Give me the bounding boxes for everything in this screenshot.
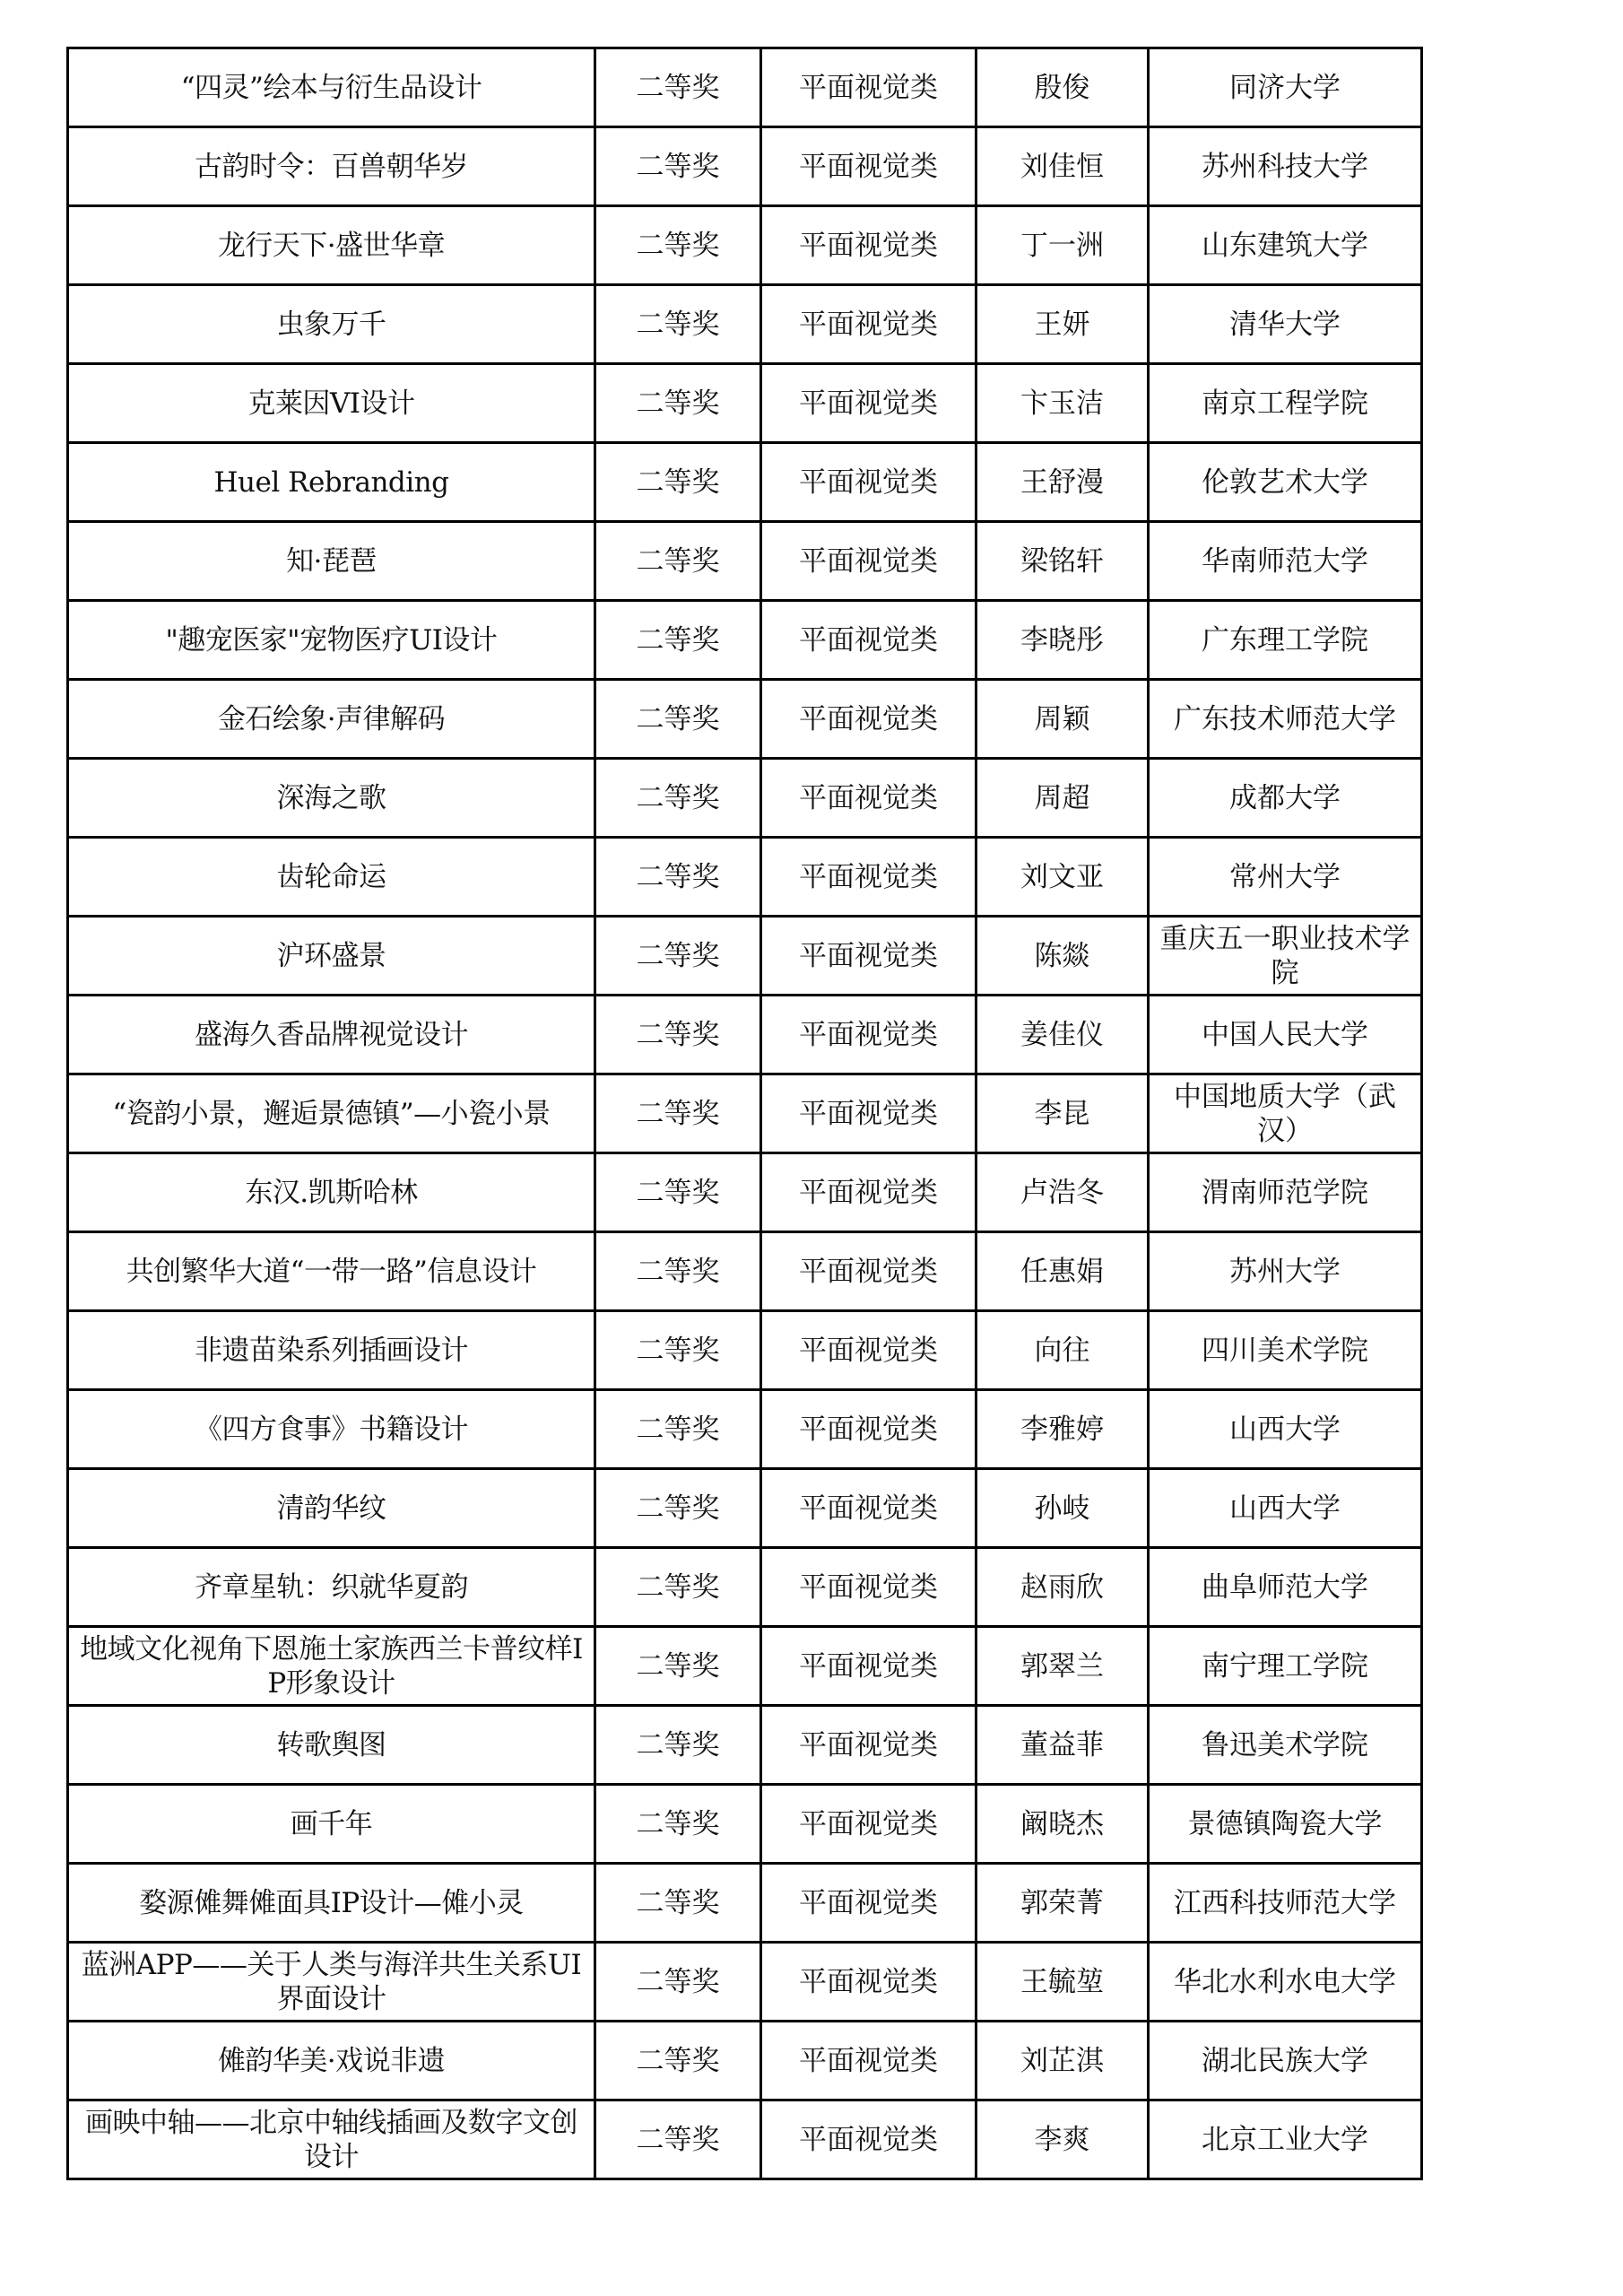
author-cell: 殷俊 [976,48,1149,127]
school-cell: 江西科技师范大学 [1149,1864,1422,1943]
table-row: 《四方食事》书籍设计二等奖平面视觉类李雅婷山西大学 [68,1390,1422,1469]
table-row: “瓷韵小景，邂逅景德镇”—小瓷小景二等奖平面视觉类李昆中国地质大学（武汉） [68,1074,1422,1153]
school-cell: 华南师范大学 [1149,522,1422,601]
table-row: 蓝洲APP——关于人类与海洋共生关系UI界面设计二等奖平面视觉类王毓堃华北水利水… [68,1943,1422,2022]
category-cell: 平面视觉类 [761,1627,976,1706]
school-cell: 成都大学 [1149,759,1422,838]
work-title-cell: 沪环盛景 [68,917,595,996]
award-level-cell: 二等奖 [595,1153,761,1232]
author-cell: 李昆 [976,1074,1149,1153]
table-row: 东汉.凯斯哈林二等奖平面视觉类卢浩冬渭南师范学院 [68,1153,1422,1232]
school-cell: 山西大学 [1149,1469,1422,1548]
category-cell: 平面视觉类 [761,1232,976,1311]
school-cell: 南宁理工学院 [1149,1627,1422,1706]
award-level-cell: 二等奖 [595,1943,761,2022]
work-title-cell: Huel Rebranding [68,443,595,522]
author-cell: 王妍 [976,285,1149,364]
category-cell: 平面视觉类 [761,1153,976,1232]
table-row: 沪环盛景二等奖平面视觉类陈燚重庆五一职业技术学院 [68,917,1422,996]
document-page: “四灵”绘本与衍生品设计二等奖平面视觉类殷俊同济大学古韵时令：百兽朝华岁二等奖平… [0,0,1623,2296]
author-cell: 李雅婷 [976,1390,1149,1469]
table-row: 盛海久香品牌视觉设计二等奖平面视觉类姜佳仪中国人民大学 [68,996,1422,1074]
school-cell: 曲阜师范大学 [1149,1548,1422,1627]
school-cell: 广东理工学院 [1149,601,1422,680]
school-cell: 中国人民大学 [1149,996,1422,1074]
table-row: 克莱因VI设计二等奖平面视觉类卞玉洁南京工程学院 [68,364,1422,443]
work-title-cell: 克莱因VI设计 [68,364,595,443]
award-level-cell: 二等奖 [595,680,761,759]
category-cell: 平面视觉类 [761,996,976,1074]
school-cell: 山东建筑大学 [1149,206,1422,285]
category-cell: 平面视觉类 [761,1548,976,1627]
table-row: “四灵”绘本与衍生品设计二等奖平面视觉类殷俊同济大学 [68,48,1422,127]
work-title-cell: 古韵时令：百兽朝华岁 [68,127,595,206]
award-level-cell: 二等奖 [595,1864,761,1943]
school-cell: 同济大学 [1149,48,1422,127]
table-row: 齐章星轨：织就华夏韵二等奖平面视觉类赵雨欣曲阜师范大学 [68,1548,1422,1627]
author-cell: 李爽 [976,2100,1149,2179]
award-level-cell: 二等奖 [595,443,761,522]
table-row: 知·琵琶二等奖平面视觉类梁铭轩华南师范大学 [68,522,1422,601]
work-title-cell: 龙行天下·盛世华章 [68,206,595,285]
work-title-cell: 东汉.凯斯哈林 [68,1153,595,1232]
author-cell: 董益菲 [976,1706,1149,1785]
category-cell: 平面视觉类 [761,1943,976,2022]
school-cell: 山西大学 [1149,1390,1422,1469]
award-level-cell: 二等奖 [595,1785,761,1864]
author-cell: 向往 [976,1311,1149,1390]
category-cell: 平面视觉类 [761,1390,976,1469]
award-level-cell: 二等奖 [595,759,761,838]
category-cell: 平面视觉类 [761,285,976,364]
category-cell: 平面视觉类 [761,917,976,996]
work-title-cell: “瓷韵小景，邂逅景德镇”—小瓷小景 [68,1074,595,1153]
table-row: "趣宠医家"宠物医疗UI设计二等奖平面视觉类李晓彤广东理工学院 [68,601,1422,680]
category-cell: 平面视觉类 [761,838,976,917]
author-cell: 刘文亚 [976,838,1149,917]
category-cell: 平面视觉类 [761,759,976,838]
award-level-cell: 二等奖 [595,1627,761,1706]
category-cell: 平面视觉类 [761,2022,976,2100]
author-cell: 阚晓杰 [976,1785,1149,1864]
award-level-cell: 二等奖 [595,1469,761,1548]
category-cell: 平面视觉类 [761,127,976,206]
award-level-cell: 二等奖 [595,127,761,206]
awards-table-body: “四灵”绘本与衍生品设计二等奖平面视觉类殷俊同济大学古韵时令：百兽朝华岁二等奖平… [68,48,1422,2179]
award-level-cell: 二等奖 [595,522,761,601]
category-cell: 平面视觉类 [761,1311,976,1390]
category-cell: 平面视觉类 [761,206,976,285]
author-cell: 梁铭轩 [976,522,1149,601]
award-level-cell: 二等奖 [595,1390,761,1469]
author-cell: 刘佳恒 [976,127,1149,206]
table-row: 非遗苗染系列插画设计二等奖平面视觉类向往四川美术学院 [68,1311,1422,1390]
award-level-cell: 二等奖 [595,1311,761,1390]
work-title-cell: 《四方食事》书籍设计 [68,1390,595,1469]
category-cell: 平面视觉类 [761,1864,976,1943]
school-cell: 南京工程学院 [1149,364,1422,443]
award-level-cell: 二等奖 [595,2022,761,2100]
school-cell: 苏州大学 [1149,1232,1422,1311]
award-level-cell: 二等奖 [595,1074,761,1153]
table-row: 金石绘象·声律解码二等奖平面视觉类周颖广东技术师范大学 [68,680,1422,759]
table-row: Huel Rebranding二等奖平面视觉类王舒漫伦敦艺术大学 [68,443,1422,522]
award-level-cell: 二等奖 [595,48,761,127]
category-cell: 平面视觉类 [761,601,976,680]
author-cell: 郭翠兰 [976,1627,1149,1706]
table-row: 地域文化视角下恩施土家族西兰卡普纹样IP形象设计二等奖平面视觉类郭翠兰南宁理工学… [68,1627,1422,1706]
awards-table: “四灵”绘本与衍生品设计二等奖平面视觉类殷俊同济大学古韵时令：百兽朝华岁二等奖平… [66,47,1423,2180]
school-cell: 常州大学 [1149,838,1422,917]
category-cell: 平面视觉类 [761,1469,976,1548]
school-cell: 清华大学 [1149,285,1422,364]
award-level-cell: 二等奖 [595,2100,761,2179]
author-cell: 刘芷淇 [976,2022,1149,2100]
work-title-cell: 盛海久香品牌视觉设计 [68,996,595,1074]
school-cell: 重庆五一职业技术学院 [1149,917,1422,996]
work-title-cell: 画千年 [68,1785,595,1864]
category-cell: 平面视觉类 [761,2100,976,2179]
author-cell: 李晓彤 [976,601,1149,680]
author-cell: 任惠娟 [976,1232,1149,1311]
award-level-cell: 二等奖 [595,285,761,364]
table-row: 清韵华纹二等奖平面视觉类孙岐山西大学 [68,1469,1422,1548]
school-cell: 鲁迅美术学院 [1149,1706,1422,1785]
school-cell: 苏州科技大学 [1149,127,1422,206]
table-row: 傩韵华美·戏说非遗二等奖平面视觉类刘芷淇湖北民族大学 [68,2022,1422,2100]
work-title-cell: 共创繁华大道“一带一路”信息设计 [68,1232,595,1311]
work-title-cell: 虫象万千 [68,285,595,364]
work-title-cell: 转歌舆图 [68,1706,595,1785]
author-cell: 卞玉洁 [976,364,1149,443]
school-cell: 景德镇陶瓷大学 [1149,1785,1422,1864]
table-row: 龙行天下·盛世华章二等奖平面视觉类丁一洲山东建筑大学 [68,206,1422,285]
category-cell: 平面视觉类 [761,364,976,443]
award-level-cell: 二等奖 [595,601,761,680]
work-title-cell: 金石绘象·声律解码 [68,680,595,759]
category-cell: 平面视觉类 [761,48,976,127]
award-level-cell: 二等奖 [595,996,761,1074]
author-cell: 卢浩冬 [976,1153,1149,1232]
work-title-cell: “四灵”绘本与衍生品设计 [68,48,595,127]
work-title-cell: 傩韵华美·戏说非遗 [68,2022,595,2100]
author-cell: 姜佳仪 [976,996,1149,1074]
category-cell: 平面视觉类 [761,1706,976,1785]
table-row: 深海之歌二等奖平面视觉类周超成都大学 [68,759,1422,838]
table-row: 虫象万千二等奖平面视觉类王妍清华大学 [68,285,1422,364]
work-title-cell: "趣宠医家"宠物医疗UI设计 [68,601,595,680]
school-cell: 广东技术师范大学 [1149,680,1422,759]
work-title-cell: 齐章星轨：织就华夏韵 [68,1548,595,1627]
award-level-cell: 二等奖 [595,364,761,443]
author-cell: 王舒漫 [976,443,1149,522]
award-level-cell: 二等奖 [595,838,761,917]
table-row: 齿轮命运二等奖平面视觉类刘文亚常州大学 [68,838,1422,917]
school-cell: 北京工业大学 [1149,2100,1422,2179]
category-cell: 平面视觉类 [761,1074,976,1153]
category-cell: 平面视觉类 [761,680,976,759]
award-level-cell: 二等奖 [595,206,761,285]
author-cell: 孙岐 [976,1469,1149,1548]
category-cell: 平面视觉类 [761,443,976,522]
category-cell: 平面视觉类 [761,522,976,601]
author-cell: 周超 [976,759,1149,838]
table-row: 婺源傩舞傩面具IP设计—傩小灵二等奖平面视觉类郭荣菁江西科技师范大学 [68,1864,1422,1943]
award-level-cell: 二等奖 [595,917,761,996]
category-cell: 平面视觉类 [761,1785,976,1864]
school-cell: 伦敦艺术大学 [1149,443,1422,522]
school-cell: 华北水利水电大学 [1149,1943,1422,2022]
school-cell: 渭南师范学院 [1149,1153,1422,1232]
award-level-cell: 二等奖 [595,1548,761,1627]
author-cell: 郭荣菁 [976,1864,1149,1943]
table-row: 共创繁华大道“一带一路”信息设计二等奖平面视觉类任惠娟苏州大学 [68,1232,1422,1311]
work-title-cell: 非遗苗染系列插画设计 [68,1311,595,1390]
work-title-cell: 地域文化视角下恩施土家族西兰卡普纹样IP形象设计 [68,1627,595,1706]
work-title-cell: 婺源傩舞傩面具IP设计—傩小灵 [68,1864,595,1943]
author-cell: 王毓堃 [976,1943,1149,2022]
author-cell: 丁一洲 [976,206,1149,285]
work-title-cell: 画映中轴——北京中轴线插画及数字文创设计 [68,2100,595,2179]
work-title-cell: 知·琵琶 [68,522,595,601]
table-row: 古韵时令：百兽朝华岁二等奖平面视觉类刘佳恒苏州科技大学 [68,127,1422,206]
author-cell: 赵雨欣 [976,1548,1149,1627]
school-cell: 四川美术学院 [1149,1311,1422,1390]
school-cell: 湖北民族大学 [1149,2022,1422,2100]
author-cell: 陈燚 [976,917,1149,996]
work-title-cell: 蓝洲APP——关于人类与海洋共生关系UI界面设计 [68,1943,595,2022]
author-cell: 周颖 [976,680,1149,759]
award-level-cell: 二等奖 [595,1706,761,1785]
school-cell: 中国地质大学（武汉） [1149,1074,1422,1153]
table-row: 画千年二等奖平面视觉类阚晓杰景德镇陶瓷大学 [68,1785,1422,1864]
table-row: 转歌舆图二等奖平面视觉类董益菲鲁迅美术学院 [68,1706,1422,1785]
award-level-cell: 二等奖 [595,1232,761,1311]
work-title-cell: 深海之歌 [68,759,595,838]
work-title-cell: 齿轮命运 [68,838,595,917]
table-row: 画映中轴——北京中轴线插画及数字文创设计二等奖平面视觉类李爽北京工业大学 [68,2100,1422,2179]
work-title-cell: 清韵华纹 [68,1469,595,1548]
